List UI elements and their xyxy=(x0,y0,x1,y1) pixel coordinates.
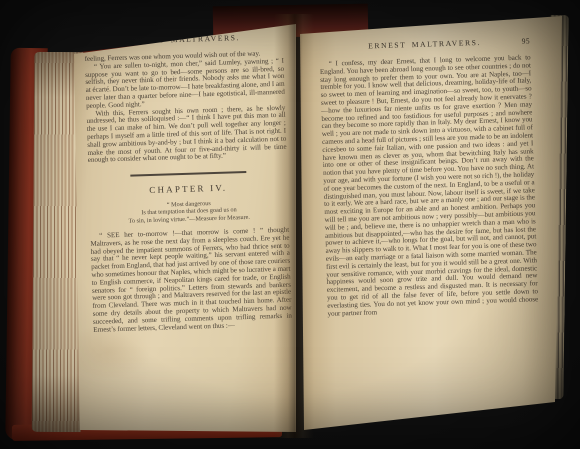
chapter-title: CHAPTER IV. xyxy=(89,180,288,196)
page-95-header: ERNEST MALTRAVERS. 95 xyxy=(319,36,530,52)
page-94-body-lower: “ SEE her to-morrow !—that morrow is com… xyxy=(90,227,292,335)
chapter-epigraph: “ Most dangerousIs that temptation that … xyxy=(89,197,289,225)
page-95: ERNEST MALTRAVERS. 95 “ I confess, my de… xyxy=(292,10,566,434)
page-number: 94 xyxy=(84,37,127,47)
page-95-text-block: ERNEST MALTRAVERS. 95 “ I confess, my de… xyxy=(319,36,539,318)
page-95-body: “ I confess, my dear Ernest, that I long… xyxy=(320,54,539,318)
page-94: 94 ERNEST MALTRAVERS. feeling, Ferrers w… xyxy=(68,22,296,434)
chapter-divider-rule xyxy=(130,171,246,176)
page-94-header: 94 ERNEST MALTRAVERS. xyxy=(84,32,283,47)
page-94-body-upper: feeling, Ferrers was one whom you would … xyxy=(85,50,287,165)
paragraph: “ SEE her to-morrow !—that morrow is com… xyxy=(90,227,292,335)
page-94-text-block: 94 ERNEST MALTRAVERS. feeling, Ferrers w… xyxy=(84,32,292,334)
paragraph: “ You are sullen to-night, mon cher,” sa… xyxy=(85,58,285,111)
page-number: 95 xyxy=(481,36,530,47)
paragraph: “ I confess, my dear Ernest, that I long… xyxy=(320,54,539,318)
running-header: ERNEST MALTRAVERS. xyxy=(368,38,481,51)
book-photo: 94 ERNEST MALTRAVERS. feeling, Ferrers w… xyxy=(0,0,580,449)
paragraph: With this, Ferrers sought his own room ;… xyxy=(86,104,287,165)
